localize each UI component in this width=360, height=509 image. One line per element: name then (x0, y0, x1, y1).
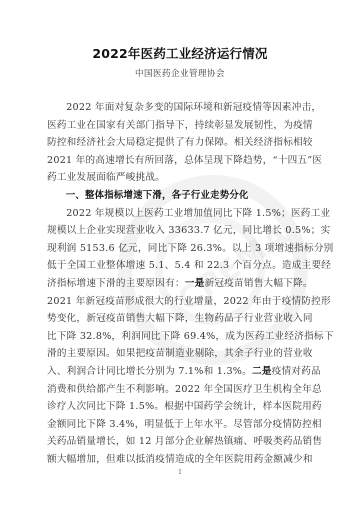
text-line: 济指标增速下滑的主要原因有：一是新冠疫苗销售大幅下降。 (47, 275, 315, 293)
text-line: 关药品销量增长，如 12 月部分企业解热镇痛、呼吸类药品销售 (47, 433, 315, 451)
text-line: 现利润 5153.6 亿元，同比下降 26.3%。以上 3 项增速指标分别 (47, 240, 315, 258)
text-segment: 疫情对药品 (272, 366, 321, 377)
emphasis-first: 一是 (185, 278, 205, 289)
text-line: 医药工业在国家有关部门指导下，持续彰显发展韧性，为疫情 (47, 117, 315, 135)
text-line: 2021 年新冠疫苗形成很大的行业增量，2022 年由于疫情防控形 (47, 293, 315, 311)
text-line: 2021 年的高速增长有所回落，总体呈现下降趋势，“十四五”医 (47, 152, 315, 170)
emphasis-second: 二是 (252, 366, 272, 377)
text-line: 比下降 32.8%，利润同比下降 69.4%，成为医药工业经济指标下 (47, 328, 315, 346)
text-line: 额大幅增加，但难以抵消疫情造成的全年医院用药金额减少和 (47, 451, 315, 469)
text-line: 势变化，新冠疫苗销售大幅下降，生物药品子行业营业收入同 (47, 310, 315, 328)
text-line: 规模以上企业实现营业收入 33633.7 亿元，同比增长 0.5%；实 (47, 222, 315, 240)
text-line: 入、利润合计同比增长分别为 7.1%和 1.3%。二是疫情对药品 (47, 363, 315, 381)
page-number: 1 (0, 469, 360, 476)
text-line: 药工业发展面临严峻挑战。 (47, 169, 315, 187)
text-line: 2022 年面对复杂多变的国际环境和新冠疫情等因素冲击， (47, 99, 315, 117)
text-line: 消费和供给都产生不利影响。2022 年全国医疗卫生机构全年总 (47, 381, 315, 399)
text-line: 诊疗人次同比下降 1.5%。根据中国药学会统计，样本医院用药 (47, 398, 315, 416)
document-page: CPEMA 2022年医药工业经济运行情况 中国医药企业管理协会 2022 年面… (0, 0, 360, 509)
text-line: 2022 年规模以上医药工业增加值同比下降 1.5%；医药工业 (47, 205, 315, 223)
text-line: 滑的主要原因。如果把疫苗制造业剔除，其余子行业的营业收 (47, 345, 315, 363)
text-line: 低于全国工业整体增速 5.1、5.4 和 22.3 个百分点。造成主要经 (47, 257, 315, 275)
text-line: 防控和经济社会大局稳定提供了有力保障。相关经济指标相较 (47, 134, 315, 152)
text-segment: 入、利润合计同比增长分别为 7.1%和 1.3%。 (47, 366, 252, 377)
author-line: 中国医药企业管理协会 (0, 67, 360, 79)
section-heading: 一、整体指标增速下滑，各子行业走势分化 (47, 187, 315, 205)
text-segment: 济指标增速下滑的主要原因有： (47, 278, 185, 289)
page-title: 2022年医药工业经济运行情况 (0, 44, 360, 62)
text-line: 金额同比下降 3.4%，明显低于上年水平。尽管部分疫情防控相 (47, 416, 315, 434)
text-segment: 新冠疫苗销售大幅下降。 (205, 278, 313, 289)
body-text: 2022 年面对复杂多变的国际环境和新冠疫情等因素冲击， 医药工业在国家有关部门… (47, 99, 315, 468)
